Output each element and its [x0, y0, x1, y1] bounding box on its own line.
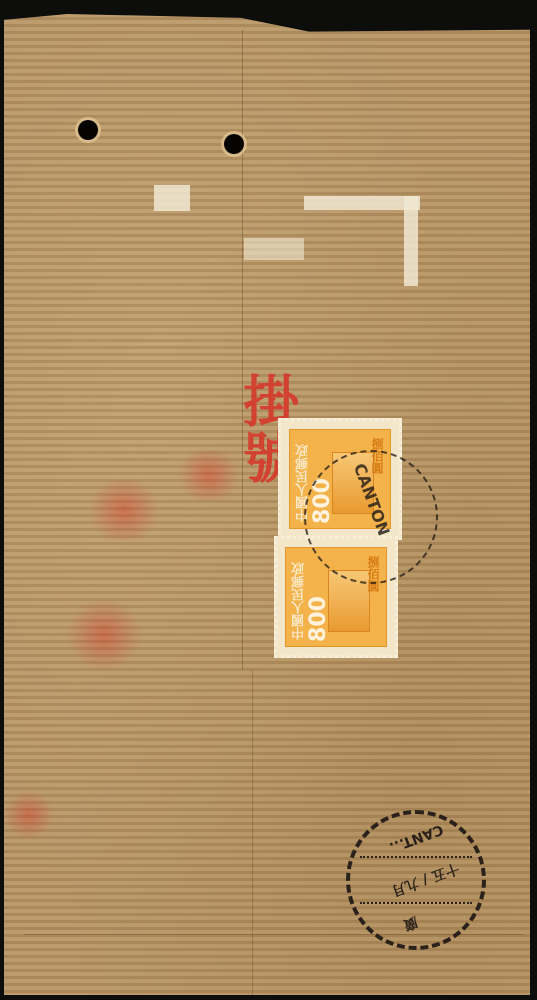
red-ink-mark	[64, 600, 144, 670]
postmark-divider	[360, 902, 472, 904]
red-ink-mark	[84, 480, 164, 540]
envelope-seam	[242, 30, 243, 670]
envelope-seam	[252, 670, 253, 1000]
tape-residue	[154, 185, 190, 211]
receiving-postmark: CANT... 十五 / 九月 廣	[346, 810, 486, 950]
postmark-date: 十五 / 九月	[389, 858, 462, 901]
punch-hole	[224, 134, 244, 154]
stamp-value: 800	[306, 596, 331, 642]
postmark-bottom-text: 廣	[401, 912, 421, 936]
tape-residue	[304, 196, 420, 210]
tape-residue	[404, 196, 418, 286]
tape-residue	[244, 238, 304, 260]
punch-hole	[78, 120, 98, 140]
postmark-top-text: CANT...	[387, 821, 445, 855]
red-ink-mark	[4, 790, 54, 840]
envelope: 掛號 中國人民郵政 800 捌佰圓 中國人民郵政 800 捌佰圓 CANTON …	[4, 10, 530, 995]
